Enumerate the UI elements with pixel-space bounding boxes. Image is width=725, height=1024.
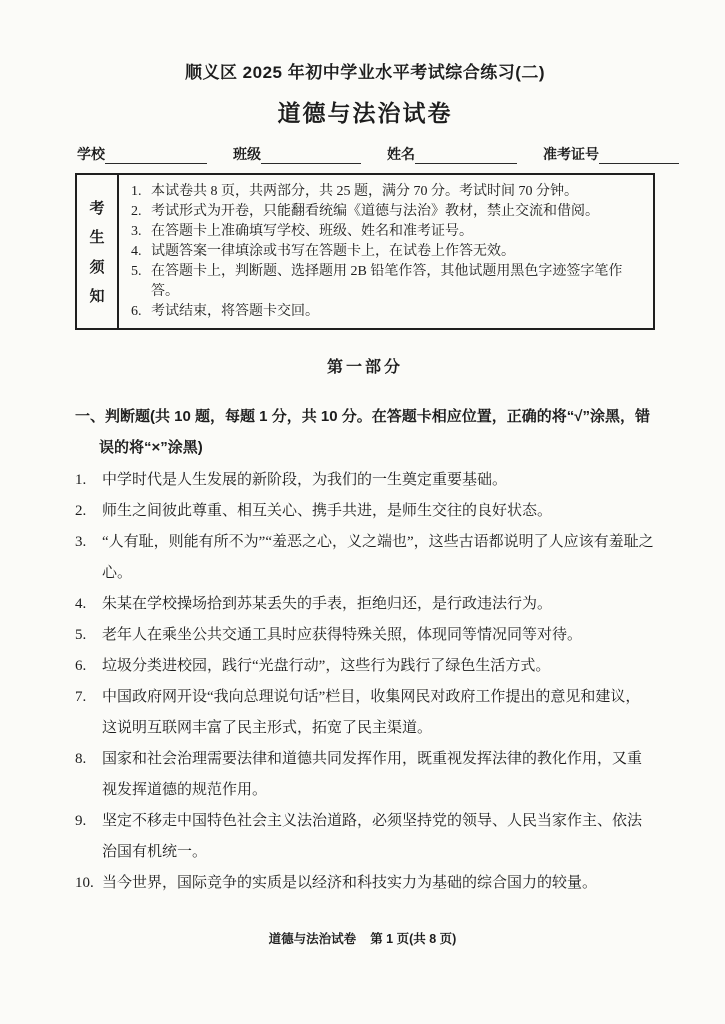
- notice-item-text: 在答题卡上，判断题、选择题用 2B 铅笔作答，其他试题用黑色字迹签字笔作答。: [151, 262, 645, 302]
- notice-item-list: 1. 本试卷共 8 页，共两部分，共 25 题，满分 70 分。考试时间 70 …: [119, 175, 653, 328]
- notice-item-number: 4.: [131, 242, 151, 262]
- examinee-notice-label: 考 生 须 知: [77, 175, 119, 328]
- true-false-section-heading: 一、判断题(共 10 题，每题 1 分，共 10 分。在答题卡相应位置，正确的将…: [75, 401, 655, 463]
- question-number: 4.: [75, 589, 102, 620]
- name-blank-line: [415, 147, 517, 164]
- class-field: 班级: [233, 144, 361, 164]
- examinee-notice-box: 考 生 须 知 1. 本试卷共 8 页，共两部分，共 25 题，满分 70 分。…: [75, 173, 655, 330]
- notice-label-char: 考: [89, 197, 104, 218]
- question-text: 中国政府网开设“我向总理说句话”栏目，收集网民对政府工作提出的意见和建议，这说明…: [102, 682, 655, 744]
- question-row: 9. 坚定不移走中国特色社会主义法治道路，必须坚持党的领导、人民当家作主、依法治…: [75, 806, 655, 868]
- class-label: 班级: [233, 144, 261, 164]
- question-text: “人有耻，则能有所不为”“羞恶之心，义之端也”，这些古语都说明了人应该有羞耻之心…: [102, 527, 655, 589]
- question-text: 老年人在乘坐公共交通工具时应获得特殊关照，体现同等情况同等对待。: [102, 620, 655, 651]
- question-text: 坚定不移走中国特色社会主义法治道路，必须坚持党的领导、人民当家作主、依法治国有机…: [102, 806, 655, 868]
- notice-item: 6. 考试结束，将答题卡交回。: [131, 302, 645, 322]
- question-row: 3. “人有耻，则能有所不为”“羞恶之心，义之端也”，这些古语都说明了人应该有羞…: [75, 527, 655, 589]
- notice-item: 2. 考试形式为开卷，只能翻看统编《道德与法治》教材，禁止交流和借阅。: [131, 202, 645, 222]
- question-row: 7. 中国政府网开设“我向总理说句话”栏目，收集网民对政府工作提出的意见和建议，…: [75, 682, 655, 744]
- notice-item-number: 5.: [131, 262, 151, 302]
- notice-item-number: 1.: [131, 182, 151, 202]
- notice-item: 4. 试题答案一律填涂或书写在答题卡上，在试卷上作答无效。: [131, 242, 645, 262]
- true-false-question-list: 1. 中学时代是人生发展的新阶段，为我们的一生奠定重要基础。 2. 师生之间彼此…: [75, 465, 655, 899]
- question-number: 8.: [75, 744, 102, 806]
- question-number: 2.: [75, 496, 102, 527]
- question-number: 5.: [75, 620, 102, 651]
- school-blank-line: [105, 147, 207, 164]
- question-number: 6.: [75, 651, 102, 682]
- exam-no-blank-line: [599, 147, 679, 164]
- exam-paper-page: 顺义区 2025 年初中学业水平考试综合练习(二) 道德与法治试卷 学校 班级 …: [0, 0, 725, 1024]
- notice-item-text: 本试卷共 8 页，共两部分，共 25 题，满分 70 分。考试时间 70 分钟。: [151, 182, 645, 202]
- question-text: 朱某在学校操场拾到苏某丢失的手表，拒绝归还，是行政违法行为。: [102, 589, 655, 620]
- question-number: 1.: [75, 465, 102, 496]
- notice-item-number: 2.: [131, 202, 151, 222]
- school-label: 学校: [77, 144, 105, 164]
- question-row: 10. 当今世界，国际竞争的实质是以经济和科技实力为基础的综合国力的较量。: [75, 868, 655, 899]
- question-row: 8. 国家和社会治理需要法律和道德共同发挥作用，既重视发挥法律的教化作用，又重视…: [75, 744, 655, 806]
- name-label: 姓名: [387, 144, 415, 164]
- question-text: 师生之间彼此尊重、相互关心、携手共进，是师生交往的良好状态。: [102, 496, 655, 527]
- question-text: 当今世界，国际竞争的实质是以经济和科技实力为基础的综合国力的较量。: [102, 868, 655, 899]
- class-blank-line: [261, 147, 361, 164]
- footer-page-info: 第 1 页(共 8 页): [370, 932, 456, 946]
- notice-label-char: 生: [89, 226, 104, 247]
- notice-item: 5. 在答题卡上，判断题、选择题用 2B 铅笔作答，其他试题用黑色字迹签字笔作答…: [131, 262, 645, 302]
- question-text: 中学时代是人生发展的新阶段，为我们的一生奠定重要基础。: [102, 465, 655, 496]
- question-number: 3.: [75, 527, 102, 589]
- district-exam-title: 顺义区 2025 年初中学业水平考试综合练习(二): [75, 58, 655, 83]
- footer-doc-name: 道德与法治试卷: [269, 932, 357, 946]
- student-info-row: 学校 班级 姓名 准考证号: [77, 144, 655, 164]
- exam-no-field: 准考证号: [543, 144, 679, 164]
- question-text: 垃圾分类进校园，践行“光盘行动”，这些行为践行了绿色生活方式。: [102, 651, 655, 682]
- notice-item-number: 6.: [131, 302, 151, 322]
- notice-item-text: 试题答案一律填涂或书写在答题卡上，在试卷上作答无效。: [151, 242, 645, 262]
- notice-label-char: 须: [89, 256, 104, 277]
- page-footer: 道德与法治试卷第 1 页(共 8 页): [0, 929, 725, 947]
- question-row: 6. 垃圾分类进校园，践行“光盘行动”，这些行为践行了绿色生活方式。: [75, 651, 655, 682]
- notice-item-text: 考试结束，将答题卡交回。: [151, 302, 645, 322]
- question-row: 4. 朱某在学校操场拾到苏某丢失的手表，拒绝归还，是行政违法行为。: [75, 589, 655, 620]
- notice-item-text: 在答题卡上准确填写学校、班级、姓名和准考证号。: [151, 222, 645, 242]
- exam-subject-title: 道德与法治试卷: [75, 95, 655, 128]
- notice-item-number: 3.: [131, 222, 151, 242]
- part-one-title: 第一部分: [75, 354, 655, 377]
- question-number: 7.: [75, 682, 102, 744]
- notice-item: 1. 本试卷共 8 页，共两部分，共 25 题，满分 70 分。考试时间 70 …: [131, 182, 645, 202]
- question-number: 9.: [75, 806, 102, 868]
- exam-no-label: 准考证号: [543, 144, 599, 164]
- name-field: 姓名: [387, 144, 517, 164]
- question-row: 5. 老年人在乘坐公共交通工具时应获得特殊关照，体现同等情况同等对待。: [75, 620, 655, 651]
- notice-item-text: 考试形式为开卷，只能翻看统编《道德与法治》教材，禁止交流和借阅。: [151, 202, 645, 222]
- school-field: 学校: [77, 144, 207, 164]
- question-text: 国家和社会治理需要法律和道德共同发挥作用，既重视发挥法律的教化作用，又重视发挥道…: [102, 744, 655, 806]
- notice-item: 3. 在答题卡上准确填写学校、班级、姓名和准考证号。: [131, 222, 645, 242]
- question-row: 2. 师生之间彼此尊重、相互关心、携手共进，是师生交往的良好状态。: [75, 496, 655, 527]
- notice-label-char: 知: [89, 285, 104, 306]
- question-number: 10.: [75, 868, 102, 899]
- question-row: 1. 中学时代是人生发展的新阶段，为我们的一生奠定重要基础。: [75, 465, 655, 496]
